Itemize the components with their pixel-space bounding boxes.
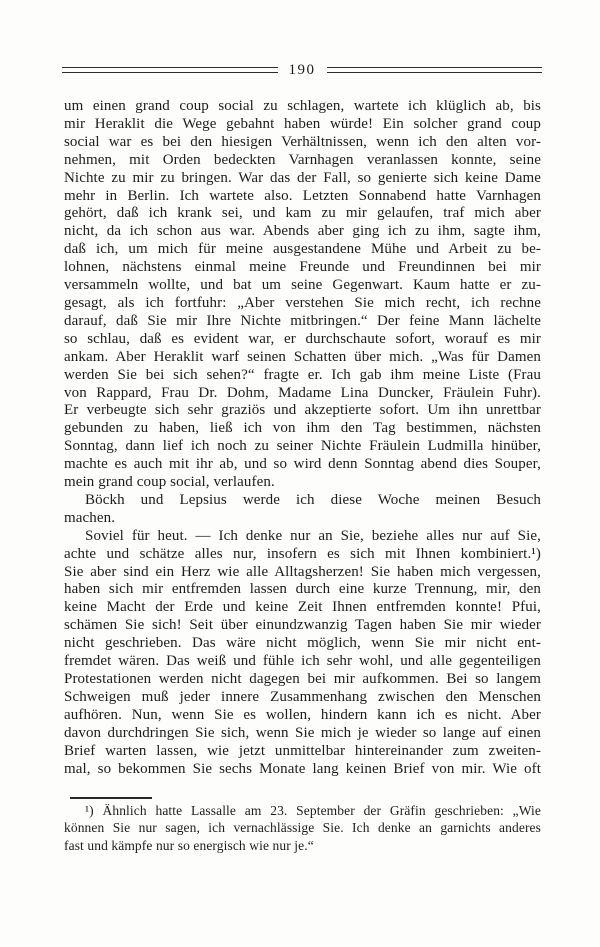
body-text-line: Schweigen muß jeder innere Zusammenhang … [64,689,541,707]
body-text-line: so schlau, daß es evident war, er durchs… [64,331,541,349]
body-text-line: Nichte zu mir zu bringen. War das der Fa… [64,170,541,188]
body-text-line: mal, so bekommen Sie sechs Monate lang k… [64,761,541,779]
body-text-line: Böckh und Lepsius werde ich diese Woche … [64,492,541,510]
footnote-text-line: fast und kämpfe nur so energisch wie nur… [64,837,541,854]
footnote-text-line: können Sie nur sagen, ich vernachlässige… [64,819,541,836]
body-text-line: gehört, daß ich krank sei, und kam zu mi… [64,205,541,223]
body-text-line: keine Macht der Erde und keine Zeit Ihne… [64,599,541,617]
body-text-line: um einen grand coup social zu schlagen, … [64,98,541,116]
body-text-line: nicht, da ich schon aus war. Abends aber… [64,223,541,241]
body-text-line: mehr in Berlin. Ich wartete also. Letzte… [64,188,541,206]
page-number: 190 [289,63,316,78]
body-text-line: aufhören. Nun, wenn Sie es wollen, hinde… [64,707,541,725]
body-text-line: Sie aber sind ein Herz wie alle Alltagsh… [64,564,541,582]
body-text-line: versammeln wollte, und bat um seine Gege… [64,277,541,295]
body-text-line: von Rappard, Frau Dr. Dohm, Madame Lina … [64,385,541,403]
body-text-line: gebunden zu haben, ließ ich von ihm den … [64,420,541,438]
body-text-line: social war es bei den hiesigen Verhältni… [64,134,541,152]
footnote-block: ¹) Ähnlich hatte Lassalle am 23. Septemb… [64,802,541,854]
body-text-line: machen. [64,510,541,528]
body-text-line: nicht geschrieben. Das wäre nicht möglic… [64,635,541,653]
body-text-line: werden Sie bei sich sehen?“ fragte er. I… [64,367,541,385]
body-text-line: davon durchdringen Sie sich, wenn Sie mi… [64,725,541,743]
running-head: 190 [62,62,542,77]
footnote-separator [70,797,152,799]
body-text-line: machte es auch mit ihr ab, und so wird d… [64,456,541,474]
body-text-line: darauf, daß Sie mir Ihre Nichte mitbring… [64,313,541,331]
body-text-line: ankam. Aber Heraklit warf seinen Schatte… [64,349,541,367]
footnote-text-line: ¹) Ähnlich hatte Lassalle am 23. Septemb… [64,802,541,819]
book-page: 190 um einen grand coup social zu schlag… [0,0,600,947]
body-text-line: Sonntag, dann lief ich noch zu seiner Ni… [64,438,541,456]
header-rule-left [62,67,278,73]
body-text-line: gesagt, als ich fortfuhr: „Aber verstehe… [64,295,541,313]
body-text-line: schämen Sie sich! Seit über einundzwanzi… [64,617,541,635]
body-text-line: achte und schätze alles nur, insofern es… [64,546,541,564]
body-text-line: Er verbeugte sich sehr graziös und akzep… [64,402,541,420]
body-text-line: Brief warten lassen, wie jetzt unmittelb… [64,743,541,761]
body-text-line: mein grand coup social, verlaufen. [64,474,541,492]
body-text-line: Protestationen werden nicht dagegen bei … [64,671,541,689]
main-text-block: um einen grand coup social zu schlagen, … [64,98,541,778]
body-text-line: nehmen, mit Orden bedeckten Varnhagen ve… [64,152,541,170]
body-text-line: haben sich mir entfremden lassen durch e… [64,581,541,599]
header-rule-right [327,67,543,73]
body-text-line: mir Heraklit die Wege gebahnt haben würd… [64,116,541,134]
body-text-line: daß ich, um mich für meine ausgestandene… [64,241,541,259]
body-text-line: Soviel für heut. — Ich denke nur an Sie,… [64,528,541,546]
body-text-line: lohnen, nächstens einmal meine Freunde u… [64,259,541,277]
body-text-line: fremdet wären. Das weiß und fühle ich se… [64,653,541,671]
